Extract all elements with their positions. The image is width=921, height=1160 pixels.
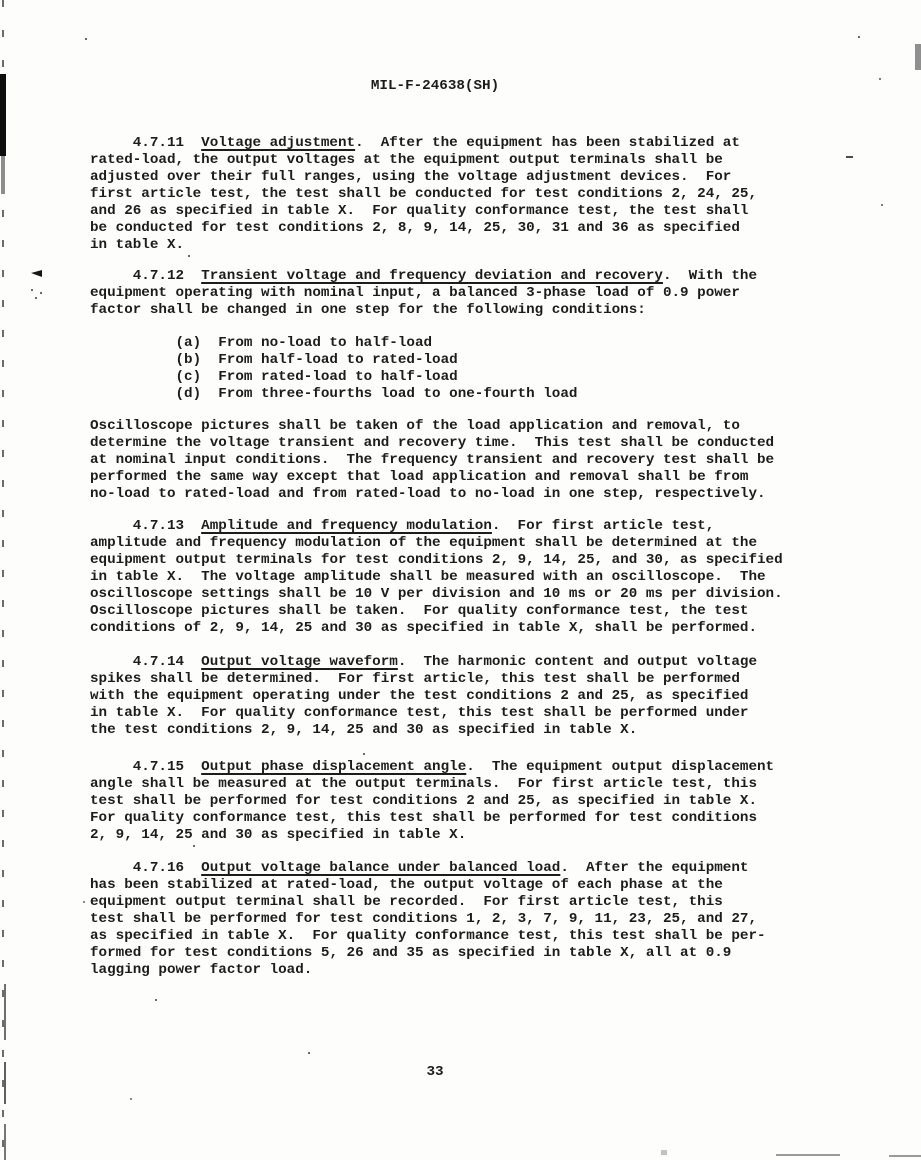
doc-header: MIL-F-24638(SH) <box>90 78 780 95</box>
section-number: 4.7.11 <box>133 135 184 151</box>
section-lead-text: . The harmonic content and output voltag… <box>398 654 757 670</box>
section-number: 4.7.16 <box>133 860 184 876</box>
scan-artifact-bottom-line <box>889 1155 921 1157</box>
scan-artifact-left-edge-fade <box>1 156 5 194</box>
scan-artifact-left-edge-segment <box>4 1124 6 1160</box>
scan-artifact-margin-dash <box>846 156 853 158</box>
document-page: MIL-F-24638(SH) 4.7.11Voltage adjustment… <box>0 0 921 1160</box>
scan-artifact-bottom-line <box>776 1154 840 1156</box>
section-4-7-16: 4.7.16Output voltage balance under balan… <box>90 860 780 979</box>
scan-artifact-speck <box>881 204 883 206</box>
section-heading: 4.7.14Output voltage waveform. The harmo… <box>90 654 780 671</box>
page-number: 33 <box>90 1064 780 1081</box>
scan-artifact-margin-arrow <box>31 270 42 277</box>
section-lead-text: . After the equipment <box>560 860 748 876</box>
section-title: Transient voltage and frequency deviatio… <box>201 268 663 284</box>
section-title: Output voltage balance under balanced lo… <box>201 860 560 876</box>
scan-artifact-right-edge-bar <box>915 44 921 70</box>
scan-artifact-speck <box>40 292 42 294</box>
section-lead-text: . For first article test, <box>492 518 714 534</box>
scan-artifact-speck <box>31 289 33 291</box>
scan-artifact-speck <box>879 78 881 80</box>
section-4-7-14: 4.7.14Output voltage waveform. The harmo… <box>90 654 780 739</box>
scan-artifact-speck <box>193 845 195 847</box>
scan-artifact-speck <box>155 999 157 1001</box>
section-body: angle shall be measured at the output te… <box>90 776 780 844</box>
section-number: 4.7.12 <box>133 268 184 284</box>
scan-artifact-speck <box>85 38 87 40</box>
section-heading: 4.7.12Transient voltage and frequency de… <box>90 268 780 285</box>
page-content: MIL-F-24638(SH) 4.7.11Voltage adjustment… <box>90 78 780 1081</box>
section-body: has been stabilized at rated-load, the o… <box>90 877 780 979</box>
section-body: equipment operating with nominal input, … <box>90 285 780 319</box>
scan-artifact-left-edge-segment <box>4 1062 6 1104</box>
section-lead-text: . With the <box>663 268 757 284</box>
section-4-7-13: 4.7.13Amplitude and frequency modulation… <box>90 518 780 637</box>
section-body: spikes shall be determined. For first ar… <box>90 671 780 739</box>
section-body: rated-load, the output voltages at the e… <box>90 152 780 254</box>
section-title: Voltage adjustment <box>201 135 355 151</box>
scan-artifact-speck <box>363 753 365 755</box>
load-step-list: (a) From no-load to half-load (b) From h… <box>90 335 780 403</box>
section-title: Output phase displacement angle <box>201 759 466 775</box>
scan-artifact-speck <box>308 1052 310 1054</box>
scan-artifact-left-edge-segment <box>4 984 6 1040</box>
section-lead-text: . The equipment output displacement <box>466 759 774 775</box>
section-number: 4.7.13 <box>133 518 184 534</box>
section-number: 4.7.14 <box>133 654 184 670</box>
scan-artifact-bottom-mark <box>661 1150 667 1155</box>
section-lead-text: . After the equipment has been stabilize… <box>355 135 740 151</box>
section-heading: 4.7.15Output phase displacement angle. T… <box>90 759 780 776</box>
scan-artifact-speck <box>83 901 85 903</box>
scan-artifact-speck <box>35 297 37 299</box>
scan-artifact-left-edge-bar <box>0 74 6 156</box>
section-heading: 4.7.16Output voltage balance under balan… <box>90 860 780 877</box>
section-body: amplitude and frequency modulation of th… <box>90 535 780 637</box>
section-heading: 4.7.11Voltage adjustment. After the equi… <box>90 135 780 152</box>
section-heading: 4.7.13Amplitude and frequency modulation… <box>90 518 780 535</box>
section-title: Amplitude and frequency modulation <box>201 518 492 534</box>
section-4-7-12: 4.7.12Transient voltage and frequency de… <box>90 268 780 319</box>
section-4-7-11: 4.7.11Voltage adjustment. After the equi… <box>90 135 780 254</box>
section-title: Output voltage waveform <box>201 654 398 670</box>
scan-artifact-speck <box>188 255 190 257</box>
scan-artifact-speck <box>130 1098 132 1100</box>
oscilloscope-paragraph: Oscilloscope pictures shall be taken of … <box>90 418 780 503</box>
section-4-7-15: 4.7.15Output phase displacement angle. T… <box>90 759 780 844</box>
section-number: 4.7.15 <box>133 759 184 775</box>
scan-artifact-speck <box>858 36 860 38</box>
